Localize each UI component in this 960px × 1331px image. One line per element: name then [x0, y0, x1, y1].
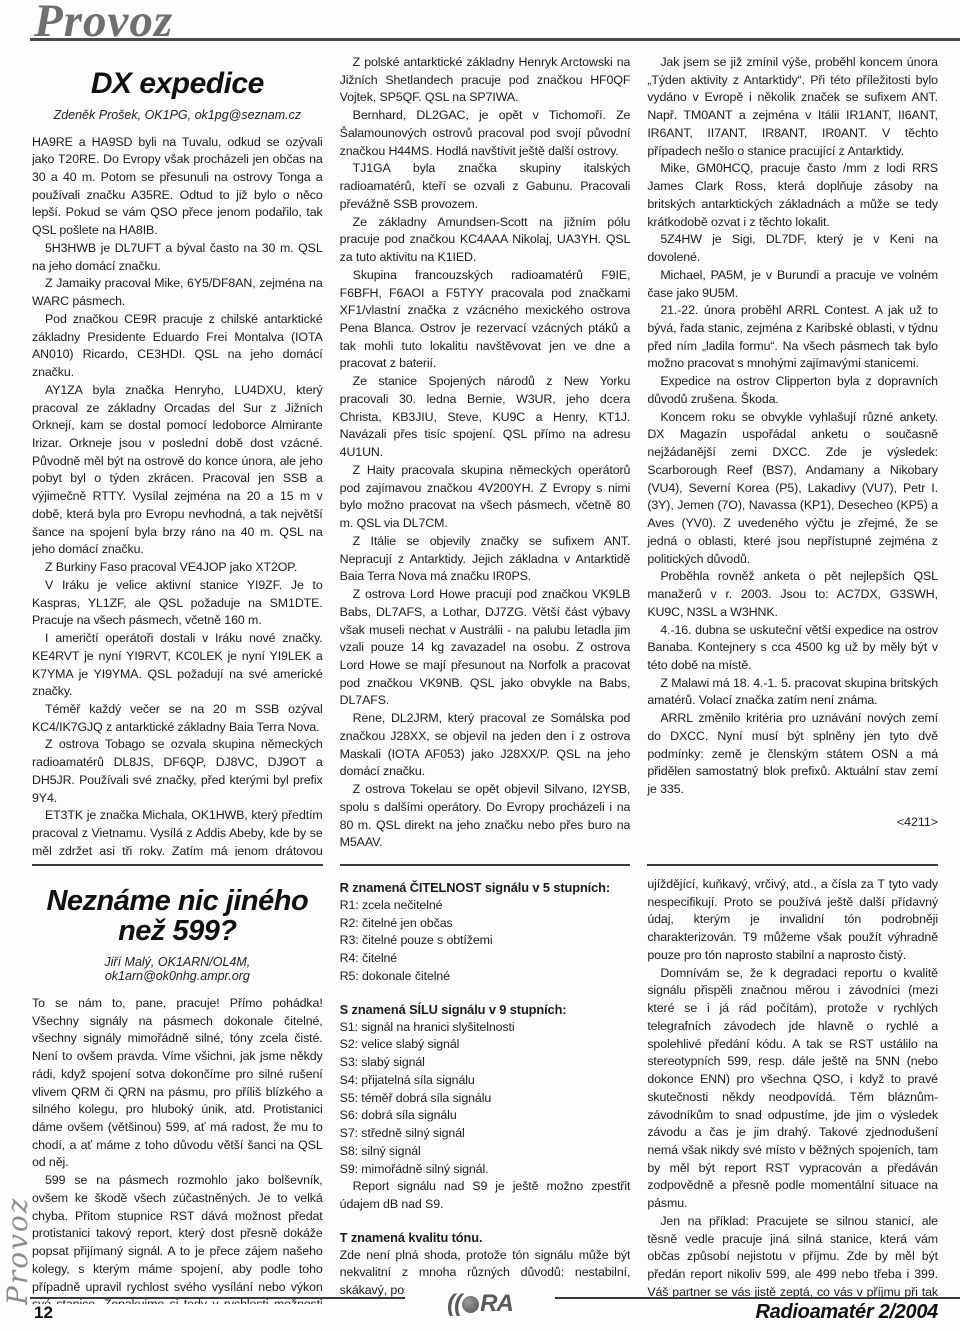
- article1-col2-text: Z polské antarktické základny Henryk Arc…: [340, 54, 631, 852]
- paragraph: 599 se na pásmech rozmohlo jako bolševní…: [32, 1172, 323, 1304]
- article1-col1: DX expedice Zdeněk Prošek, OK1PG, ok1pg@…: [32, 54, 323, 856]
- article2-col2: R znamená ČITELNOST signálu v 5 stupních…: [340, 876, 631, 1304]
- article1-title: DX expedice: [32, 68, 323, 100]
- article2-title: Neznáme nic jiného než 599?: [32, 886, 323, 947]
- article1-col2: Z polské antarktické základny Henryk Arc…: [340, 54, 631, 856]
- paragraph: Skupina francouzských radioamatérů F9IE,…: [340, 267, 631, 373]
- rst-item: R5: dokonale čitelné: [340, 968, 631, 986]
- paragraph: Z Jamaiky pracoval Mike, 6Y5/DF8AN, zejm…: [32, 275, 323, 310]
- paragraph: TJ1GA byla značka skupiny italských radi…: [340, 160, 631, 213]
- paragraph: Z polské antarktické základny Henryk Arc…: [340, 54, 631, 107]
- paragraph: 4.-16. dubna se uskuteční větší expedice…: [647, 622, 938, 675]
- paragraph: Domnívám se, že k degradaci reportu o kv…: [647, 965, 938, 1213]
- rst-item: S6: dobrá síla signálu: [340, 1107, 631, 1125]
- page-number: 12: [34, 1303, 53, 1323]
- paragraph: Z ostrova Tobago se ozvala skupina němec…: [32, 736, 323, 807]
- article1-code: <4211>: [647, 815, 938, 829]
- paragraph: Z Itálie se objevily značky se sufixem A…: [340, 533, 631, 586]
- paragraph: ARRL změnilo kritéria pro uznávání novýc…: [647, 710, 938, 799]
- paragraph: Jen na příklad: Pracujete se silnou stan…: [647, 1213, 938, 1304]
- rst-item: R2: čitelné jen občas: [340, 915, 631, 933]
- paragraph: To se nám to, pane, pracuje! Přímo pohád…: [32, 995, 323, 1172]
- paragraph: Z Burkiny Faso pracoval VE4JOP jako XT2O…: [32, 559, 323, 577]
- logo-ra-text: RA: [480, 1290, 513, 1317]
- article2-col1: Neznáme nic jiného než 599? Jiří Malý, O…: [32, 876, 323, 1304]
- article1-col1-text: HA9RE a HA9SD byli na Tuvalu, odkud se o…: [32, 134, 323, 857]
- section-divider: [340, 864, 631, 866]
- rst-item: S4: přijatelná síla signálu: [340, 1072, 631, 1090]
- rst-s-heading: S znamená SÍLU signálu v 9 stupních:: [340, 1002, 631, 1017]
- paragraph: Ze stanice Spojených národů z New Yorku …: [340, 373, 631, 462]
- paragraph: Koncem roku se obvykle vyhlašují různé a…: [647, 409, 938, 569]
- rst-item: R3: čitelné pouze s obtížemi: [340, 932, 631, 950]
- rst-item: R4: čitelné: [340, 950, 631, 968]
- paragraph: I američtí operátoři dostali v Iráku nov…: [32, 630, 323, 701]
- paragraph: Téměř každý večer se na 20 m SSB ozýval …: [32, 701, 323, 736]
- paragraph: Expedice na ostrov Clipperton byla z dop…: [647, 373, 938, 408]
- paragraph: ET3TK je značka Michala, OK1HWB, který p…: [32, 807, 323, 856]
- paragraph: 21.-22. února proběhl ARRL Contest. A ja…: [647, 302, 938, 373]
- paragraph: Rene, DL2JRM, který pracoval ze Somálska…: [340, 710, 631, 781]
- logo-left-parens: ((: [447, 1290, 461, 1317]
- magazine-page: Provoz DX expedice Zdeněk Prošek, OK1PG,…: [0, 0, 960, 1331]
- article2-col3: ujíždějící, kuňkavý, vrčivý, atd., a čís…: [647, 876, 938, 1304]
- column-1: DX expedice Zdeněk Prošek, OK1PG, ok1pg@…: [32, 54, 323, 1304]
- rst-item: S1: signál na hranici slyšitelnosti: [340, 1019, 631, 1037]
- paragraph: Z Malawi má 18. 4.-1. 5. pracovat skupin…: [647, 675, 938, 710]
- paragraph: ujíždějící, kuňkavý, vrčivý, atd., a čís…: [647, 876, 938, 965]
- rst-s-list: S1: signál na hranici slyšitelnostiS2: v…: [340, 1019, 631, 1179]
- rst-t-heading: T znamená kvalitu tónu.: [340, 1230, 631, 1245]
- paragraph: Michael, PA5M, je v Burundi a pracuje ve…: [647, 267, 938, 302]
- article1-col3: Jak jsem se již zmínil výše, proběhl kon…: [647, 54, 938, 856]
- paragraph: 5H3HWB je DL7UFT a býval často na 30 m. …: [32, 240, 323, 275]
- globe-icon: [462, 1296, 479, 1313]
- article2-col1-text: To se nám to, pane, pracuje! Přímo pohád…: [32, 995, 323, 1304]
- paragraph: Pod značkou CE9R pracuje z chilské antar…: [32, 311, 323, 382]
- rst-r-list: R1: zcela nečitelnéR2: čitelné jen občas…: [340, 897, 631, 986]
- paragraph: Bernhard, DL2GAC, je opět v Tichomoří. Z…: [340, 107, 631, 160]
- paragraph: Proběhla rovněž anketa o pět nejlepších …: [647, 568, 938, 621]
- paragraph: V Iráku je velice aktivní stanice YI9ZF.…: [32, 577, 323, 630]
- section-divider: [32, 864, 323, 866]
- rst-r-heading: R znamená ČITELNOST signálu v 5 stupních…: [340, 880, 631, 895]
- masthead-rule: [30, 38, 960, 41]
- rst-item: S3: slabý signál: [340, 1054, 631, 1072]
- paragraph: Z ostrova Tokelau se opět objevil Silvan…: [340, 781, 631, 852]
- page-content: DX expedice Zdeněk Prošek, OK1PG, ok1pg@…: [32, 54, 938, 1295]
- paragraph: AY1ZA byla značka Henryho, LU4DXU, který…: [32, 382, 323, 559]
- paragraph: HA9RE a HA9SD byli na Tuvalu, odkud se o…: [32, 134, 323, 240]
- paragraph: Z ostrova Lord Howe pracují pod značkou …: [340, 586, 631, 710]
- paragraph: Mike, GM0HCQ, pracuje často /mm z lodi R…: [647, 160, 938, 231]
- rst-item: S2: velice slabý signál: [340, 1036, 631, 1054]
- rst-item: S8: silný signál: [340, 1143, 631, 1161]
- paragraph: 5Z4HW je Sigi, DL7DF, který je v Keni na…: [647, 231, 938, 266]
- rst-item: S7: středně silný signál: [340, 1125, 631, 1143]
- side-section-label: Provoz: [1, 1135, 34, 1305]
- column-2: Z polské antarktické základny Henryk Arc…: [340, 54, 631, 1304]
- rst-item: S5: téměř dobrá síla signálu: [340, 1090, 631, 1108]
- article2-author: Jiří Malý, OK1ARN/OL4M, ok1arn@ok0nhg.am…: [32, 955, 323, 983]
- rst-item: S9: mimořádně silný signál.: [340, 1161, 631, 1179]
- paragraph: Ze základny Amundsen-Scott na jižním pól…: [340, 214, 631, 267]
- article2-col3-text: ujíždějící, kuňkavý, vrčivý, atd., a čís…: [647, 876, 938, 1304]
- issue-label: Radioamatér 2/2004: [756, 1301, 938, 1324]
- rst-item: R1: zcela nečitelné: [340, 897, 631, 915]
- article1-col3-text: Jak jsem se již zmínil výše, proběhl kon…: [647, 54, 938, 799]
- rst-s-note: Report signálu nad S9 je ještě možno zpe…: [340, 1178, 631, 1213]
- radioamater-logo: ((RA: [405, 1284, 555, 1324]
- column-3: Jak jsem se již zmínil výše, proběhl kon…: [647, 54, 938, 1304]
- section-divider: [647, 864, 938, 866]
- paragraph: Z Haity pracovala skupina německých oper…: [340, 462, 631, 533]
- article1-author: Zdeněk Prošek, OK1PG, ok1pg@seznam.cz: [32, 108, 323, 122]
- paragraph: Jak jsem se již zmínil výše, proběhl kon…: [647, 54, 938, 160]
